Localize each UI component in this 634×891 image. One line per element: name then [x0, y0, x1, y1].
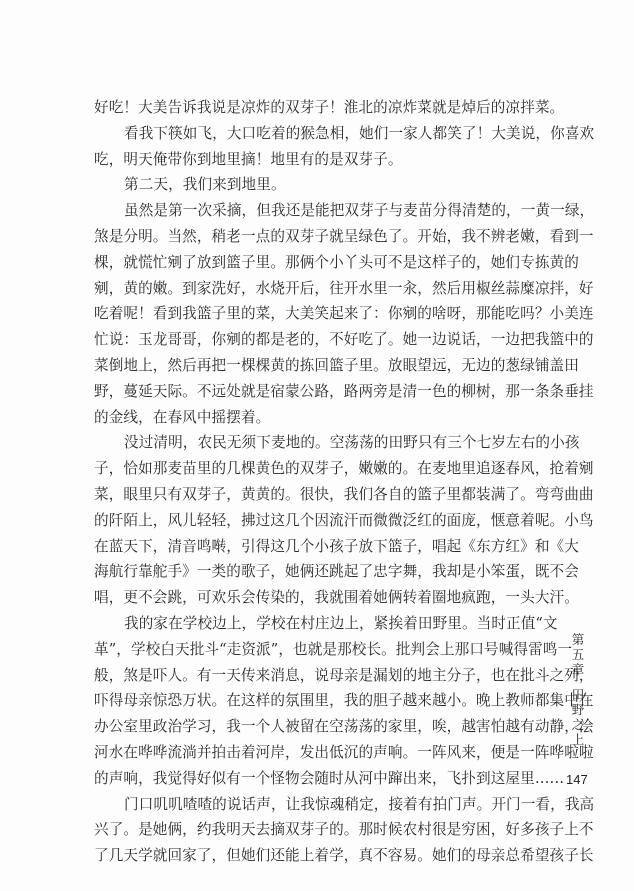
text-line: 野，蔓延天际。不远处就是宿蒙公路，路两旁是清一色的柳树，那一条条垂挂	[94, 379, 550, 405]
text-line: 吃，明天俺带你到地里摘！地里有的是双芽子。	[94, 147, 550, 173]
text-line: 菜倒地上，然后再把一棵棵黄的拣回篮子里。放眼望远，无边的葱绿铺盖田	[94, 353, 550, 379]
text-line: 办公室里政治学习，我一个人被留在空荡荡的家里，唉，越害怕越有动静，浍	[94, 714, 550, 740]
text-line: 在蓝天下，清音鸣啭，引得这几个小孩子放下篮子，唱起《东方红》和《大	[94, 534, 550, 560]
text-line: 河水在哗哗流淌并拍击着河岸，发出低沉的声响。一阵风来，便是一阵哗啦啦	[94, 740, 550, 766]
text-line: 看我下筷如飞，大口吃着的猴急相，她们一家人都笑了！大美说，你喜欢	[94, 121, 550, 147]
chapter-title: 田 野 之 上	[568, 687, 588, 747]
body-text: 好吃！大美告诉我说是凉炸的双芽子！淮北的凉炸菜就是焯后的凉拌菜。看我下筷如飞，大…	[94, 95, 550, 869]
text-line: 兴了。是她俩，约我明天去摘双芽子的。那时候农村很是穷困，好多孩子上不	[94, 817, 550, 843]
text-line: 的声响，我觉得好似有一个怪物会随时从河中蹿出来，飞扑到这屋里……	[94, 766, 550, 792]
text-line: 门口叽叽喳喳的说话声，让我惊魂稍定，接着有拍门声。开门一看，我高	[94, 792, 550, 818]
text-line: 海航行靠舵手》一类的歌子，她俩还跳起了忠字舞，我却是小笨蛋，既不会	[94, 559, 550, 585]
text-line: 虽然是第一次采摘，但我还是能把双芽子与麦苗分得清楚的，一黄一绿，	[94, 198, 550, 224]
text-line: 棵，就慌忙剜了放到篮子里。那俩个小丫头可不是这样子的，她们专拣黄的	[94, 250, 550, 276]
chapter-label: 第 五 章	[568, 632, 588, 677]
text-line: 的金线，在春风中摇摆着。	[94, 405, 550, 431]
text-line: 没过清明，农民无须下麦地的。空荡荡的田野只有三个七岁左右的小孩	[94, 430, 550, 456]
text-line: 第二天，我们来到地里。	[94, 172, 550, 198]
text-line: 忙说：玉龙哥哥，你剜的都是老的，不好吃了。她一边说话，一边把我篮中的	[94, 327, 550, 353]
text-line: 好吃！大美告诉我说是凉炸的双芽子！淮北的凉炸菜就是焯后的凉拌菜。	[94, 95, 550, 121]
text-line: 菜，眼里只有双芽子，黄黄的。很快，我们各自的篮子里都装满了。弯弯曲曲	[94, 482, 550, 508]
text-line: 剜，黄的嫩。到家洗好，水烧开后，往开水里一汆，然后用椒丝蒜糜凉拌，好	[94, 276, 550, 302]
text-line: 了几天学就回家了，但她们还能上着学，真不容易。她们的母亲总希望孩子长	[94, 843, 550, 869]
text-line: 子，恰如那麦苗里的几棵黄色的双芽子，嫩嫩的。在麦地里追逐春风，抢着剜	[94, 456, 550, 482]
text-line: 煞是分明。当然，稍老一点的双芽子就呈绿色了。开始，我不辨老嫩，看到一	[94, 224, 550, 250]
text-line: 吓得母亲惊恐万状。在这样的氛围里，我的胆子越来越小。晚上教师都集中在	[94, 688, 550, 714]
text-line: 般，煞是吓人。有一天传来消息，说母亲是漏划的地主分子，也在批斗之列，	[94, 663, 550, 689]
text-line: 的阡陌上，风儿轻轻，拂过这几个因流汗而微微泛红的面庞，惬意着呢。小鸟	[94, 508, 550, 534]
text-line: 我的家在学校边上，学校在村庄边上，紧挨着田野里。当时正值“文	[94, 611, 550, 637]
page-number: 147	[566, 772, 588, 787]
chapter-running-head: 第 五 章 田 野 之 上	[568, 632, 588, 747]
text-line: 唱，更不会跳，可欢乐会传染的，我就围着她俩转着圈地疯跑，一头大汗。	[94, 585, 550, 611]
text-line: 革”，学校白天批斗“走资派”，也就是那校长。批判会上那口号喊得雷鸣一	[94, 637, 550, 663]
text-line: 吃着呢！看到我篮子里的菜，大美笑起来了：你剜的啥呀，那能吃吗？小美连	[94, 301, 550, 327]
book-page: 好吃！大美告诉我说是凉炸的双芽子！淮北的凉炸菜就是焯后的凉拌菜。看我下筷如飞，大…	[0, 0, 634, 891]
